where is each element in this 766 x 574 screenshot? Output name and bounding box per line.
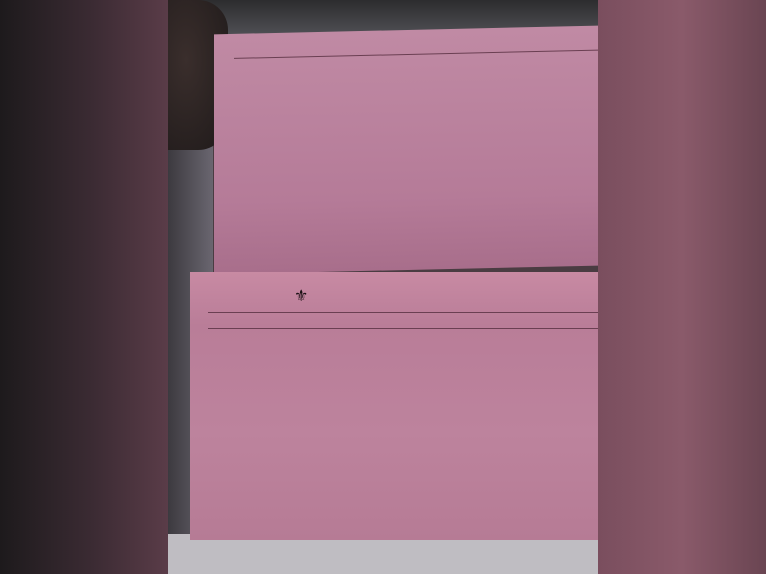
rule-2 bbox=[208, 328, 598, 329]
brand-mark-icon: ⚜ bbox=[294, 286, 308, 306]
header-rule bbox=[234, 50, 598, 59]
blurred-right-border bbox=[598, 0, 766, 574]
background-bottom bbox=[168, 534, 598, 574]
marking-columns bbox=[200, 346, 598, 354]
rule-1 bbox=[208, 312, 598, 313]
document-upper-page bbox=[214, 26, 598, 275]
document-photo: ⚜ bbox=[168, 0, 598, 574]
document-lower-page: ⚜ bbox=[190, 272, 598, 540]
blurred-left-border bbox=[0, 0, 168, 574]
